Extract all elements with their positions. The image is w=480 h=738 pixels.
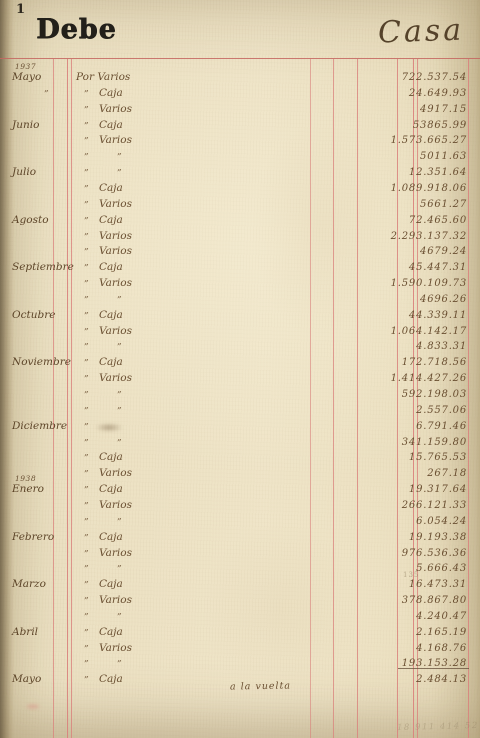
ledger-row: ””6.054.24 (0, 515, 480, 530)
month-label: Octubre (12, 309, 55, 321)
entry-amount: 4696.26 (420, 294, 467, 305)
ditto-mark: ” (117, 660, 122, 670)
entry-amount: 44.339.11 (409, 310, 467, 321)
entry-description: Varios (99, 372, 132, 384)
entry-amount: 2.484.13 (416, 674, 467, 685)
ditto-mark: ” (84, 550, 89, 560)
ledger-row: Octubre”Caja44.339.11 (0, 309, 480, 324)
ledger-row: ””592.198.03 (0, 388, 480, 403)
ditto-mark: ” (117, 153, 122, 163)
ditto-mark: ” (84, 391, 89, 401)
ditto-mark: ” (84, 423, 89, 433)
entry-description: Caja (99, 214, 123, 226)
ledger-page: 1 Debe Casa 1937MayoPor Varios722.537.54… (0, 0, 480, 738)
ditto-mark: ” (44, 90, 49, 100)
ledger-row: Abril”Caja2.165.19 (0, 626, 480, 641)
ditto-mark: ” (84, 343, 89, 353)
entry-amount: 72.465.60 (409, 215, 467, 226)
ledger-row: ””4696.26 (0, 293, 480, 308)
ledger-row: ”Caja15.765.53 (0, 451, 480, 466)
ditto-mark: ” (117, 391, 122, 401)
ditto-mark: ” (84, 106, 89, 116)
entry-amount: 1.089.918.06 (391, 183, 467, 194)
entry-description: Caja (99, 451, 123, 463)
ledger-row: Diciembre”6.791.46 (0, 420, 480, 435)
entry-amount: 267.18 (427, 468, 467, 479)
carry-forward-note: a la vuelta (230, 680, 291, 692)
entry-description: Caja (99, 87, 123, 99)
ditto-mark: ” (84, 660, 89, 670)
ditto-mark: ” (84, 597, 89, 607)
ditto-mark: ” (84, 359, 89, 369)
ditto-mark: ” (84, 613, 89, 623)
ink-smudge (95, 423, 123, 432)
month-label: Febrero (12, 531, 54, 543)
ledger-row: ””4.833.31 (0, 340, 480, 355)
ditto-mark: ” (84, 122, 89, 132)
ledger-row: 1938Enero”Caja19.317.64 (0, 483, 480, 498)
ledger-row: ”Caja1.089.918.06 (0, 182, 480, 197)
month-label: Marzo (12, 578, 46, 590)
ditto-mark: ” (84, 153, 89, 163)
ledger-row: ””2.557.06 (0, 404, 480, 419)
month-label: Abril (12, 626, 38, 638)
month-label: Agosto (12, 214, 49, 226)
ledger-row: Septiembre”Caja45.447.31 (0, 261, 480, 276)
month-label: Mayo (12, 673, 41, 685)
ditto-mark: ” (117, 169, 122, 179)
entry-amount: 341.159.80 (402, 437, 467, 448)
entry-amount: 592.198.03 (402, 389, 467, 400)
entry-amount: 6.054.24 (416, 516, 467, 527)
ditto-mark: ” (117, 343, 122, 353)
month-label: Mayo (12, 71, 41, 83)
ditto-mark: ” (84, 565, 89, 575)
ledger-row: Agosto”Caja72.465.60 (0, 214, 480, 229)
entry-amount: 53865.99 (413, 120, 467, 131)
entry-amount: 4917.15 (420, 104, 467, 115)
ledger-row: Febrero”Caja19.193.38 (0, 531, 480, 546)
ditto-mark: ” (84, 328, 89, 338)
entry-description: Varios (99, 134, 132, 146)
entry-amount: 4.833.31 (416, 341, 467, 352)
entry-amount: 19.317.64 (409, 484, 467, 495)
entry-amount: 45.447.31 (409, 262, 467, 273)
year-label: 1938 (15, 474, 36, 483)
pencil-note: 18 911 414 52 (397, 721, 479, 733)
ledger-row: ”Varios976.536.36 (0, 547, 480, 562)
ditto-mark: ” (84, 676, 89, 686)
ledger-row: Marzo”Caja16.473.31 (0, 578, 480, 593)
entry-amount: 976.536.36 (402, 548, 467, 559)
month-label: Julio (12, 166, 36, 178)
total-rule-line (398, 668, 469, 669)
month-label: Enero (12, 483, 44, 495)
entry-description: Varios (99, 594, 132, 606)
entry-amount: 12.351.64 (409, 167, 467, 178)
ledger-row: ””193.153.28 (0, 657, 480, 672)
ledger-row: ”Varios267.18 (0, 467, 480, 482)
ditto-mark: ” (84, 296, 89, 306)
ditto-mark: ” (84, 185, 89, 195)
month-label: Junio (12, 119, 39, 131)
entry-description: Varios (99, 547, 132, 559)
entry-amount: 2.557.06 (416, 405, 467, 416)
ditto-mark: ” (117, 518, 122, 528)
ledger-row: Julio””12.351.64 (0, 166, 480, 181)
ditto-mark: ” (84, 248, 89, 258)
entry-amount: 722.537.54 (402, 72, 467, 83)
entry-amount: 24.649.93 (409, 88, 467, 99)
ditto-mark: ” (84, 201, 89, 211)
entry-description: Caja (99, 356, 123, 368)
ditto-mark: ” (84, 581, 89, 591)
entry-description: Varios (99, 198, 132, 210)
ledger-row: ”Varios4.168.76 (0, 642, 480, 657)
ditto-mark: ” (84, 645, 89, 655)
entry-description: Caja (99, 119, 123, 131)
ditto-mark: ” (84, 137, 89, 147)
entry-description: Caja (99, 483, 123, 495)
ledger-rows: 1937MayoPor Varios722.537.54””Caja24.649… (0, 0, 480, 738)
entry-description: Varios (99, 467, 132, 479)
entry-amount: 4.240.47 (416, 611, 467, 622)
entry-amount: 378.867.80 (402, 595, 467, 606)
ditto-mark: ” (84, 518, 89, 528)
entry-amount: 19.193.38 (409, 532, 467, 543)
ledger-row: ”Varios4917.15 (0, 103, 480, 118)
month-label: Noviembre (12, 356, 71, 368)
ledger-row: ”Varios5661.27 (0, 198, 480, 213)
ledger-row: 1937MayoPor Varios722.537.54 (0, 71, 480, 86)
ditto-mark: ” (84, 169, 89, 179)
entry-amount: 2.293.137.32 (391, 231, 467, 242)
ditto-mark: ” (84, 629, 89, 639)
entry-description: Varios (99, 642, 132, 654)
entry-description: Caja (99, 578, 123, 590)
entry-description: Varios (99, 245, 132, 257)
entry-amount: 5.666.43 (416, 563, 467, 574)
ditto-mark: ” (84, 217, 89, 227)
ledger-row: Junio”Caja53865.99 (0, 119, 480, 134)
ditto-mark: ” (84, 264, 89, 274)
ditto-mark: ” (84, 407, 89, 417)
entry-amount: 1.573.665.27 (391, 135, 467, 146)
ledger-row: ”Varios1.064.142.17 (0, 325, 480, 340)
ledger-row: ””341.159.80 (0, 436, 480, 451)
ditto-mark: ” (117, 407, 122, 417)
ditto-mark: ” (84, 470, 89, 480)
year-label: 1937 (15, 62, 36, 71)
ditto-mark: ” (84, 90, 89, 100)
ditto-mark: ” (84, 233, 89, 243)
entry-description: Caja (99, 626, 123, 638)
entry-amount: 2.165.19 (416, 627, 467, 638)
entry-description: Varios (99, 499, 132, 511)
entry-amount: 16.473.31 (409, 579, 467, 590)
entry-description: Varios (99, 103, 132, 115)
ditto-mark: ” (84, 486, 89, 496)
ditto-mark: ” (84, 454, 89, 464)
entry-description: Varios (99, 277, 132, 289)
ditto-mark: ” (117, 565, 122, 575)
entry-amount: 4.168.76 (416, 643, 467, 654)
ditto-mark: ” (117, 296, 122, 306)
entry-amount: 1.590.109.73 (391, 278, 467, 289)
entry-amount: 5011.63 (420, 151, 467, 162)
ditto-mark: ” (84, 534, 89, 544)
month-label: Septiembre (12, 261, 74, 273)
ditto-mark: ” (117, 439, 122, 449)
ledger-row: ”Varios2.293.137.32 (0, 230, 480, 245)
ledger-row: ”Varios378.867.80 (0, 594, 480, 609)
entry-amount: 1.064.142.17 (391, 326, 467, 337)
ledger-row: ”Varios1.414.427.26 (0, 372, 480, 387)
ledger-row: ”Varios4679.24 (0, 245, 480, 260)
entry-description: Caja (99, 309, 123, 321)
ditto-mark: ” (84, 502, 89, 512)
entry-description: Caja (99, 531, 123, 543)
ledger-row: ”Varios1.590.109.73 (0, 277, 480, 292)
entry-description: Caja (99, 182, 123, 194)
entry-description: Varios (99, 230, 132, 242)
entry-amount: 6.791.46 (416, 421, 467, 432)
entry-amount: 5661.27 (420, 199, 467, 210)
ditto-mark: ” (84, 439, 89, 449)
ledger-row: ””1355.666.43 (0, 562, 480, 577)
ledger-row: ””4.240.47 (0, 610, 480, 625)
ditto-mark: ” (84, 312, 89, 322)
ledger-row: ”Varios1.573.665.27 (0, 134, 480, 149)
ledger-row: ”Varios266.121.33 (0, 499, 480, 514)
entry-description: Caja (99, 261, 123, 273)
entry-amount: 15.765.53 (409, 452, 467, 463)
ditto-mark: ” (84, 280, 89, 290)
ledger-row: ””Caja24.649.93 (0, 87, 480, 102)
ditto-mark: ” (117, 613, 122, 623)
month-label: Diciembre (12, 420, 67, 432)
entry-amount: 266.121.33 (402, 500, 467, 511)
ledger-row: Noviembre”Caja172.718.56 (0, 356, 480, 371)
entry-amount: 172.718.56 (402, 357, 467, 368)
ledger-row: ””5011.63 (0, 150, 480, 165)
entry-description: Por Varios (76, 71, 130, 83)
entry-description: Varios (99, 325, 132, 337)
entry-amount: 4679.24 (420, 246, 467, 257)
ditto-mark: ” (84, 375, 89, 385)
entry-description: Caja (99, 673, 123, 685)
entry-amount: 1.414.427.26 (391, 373, 467, 384)
